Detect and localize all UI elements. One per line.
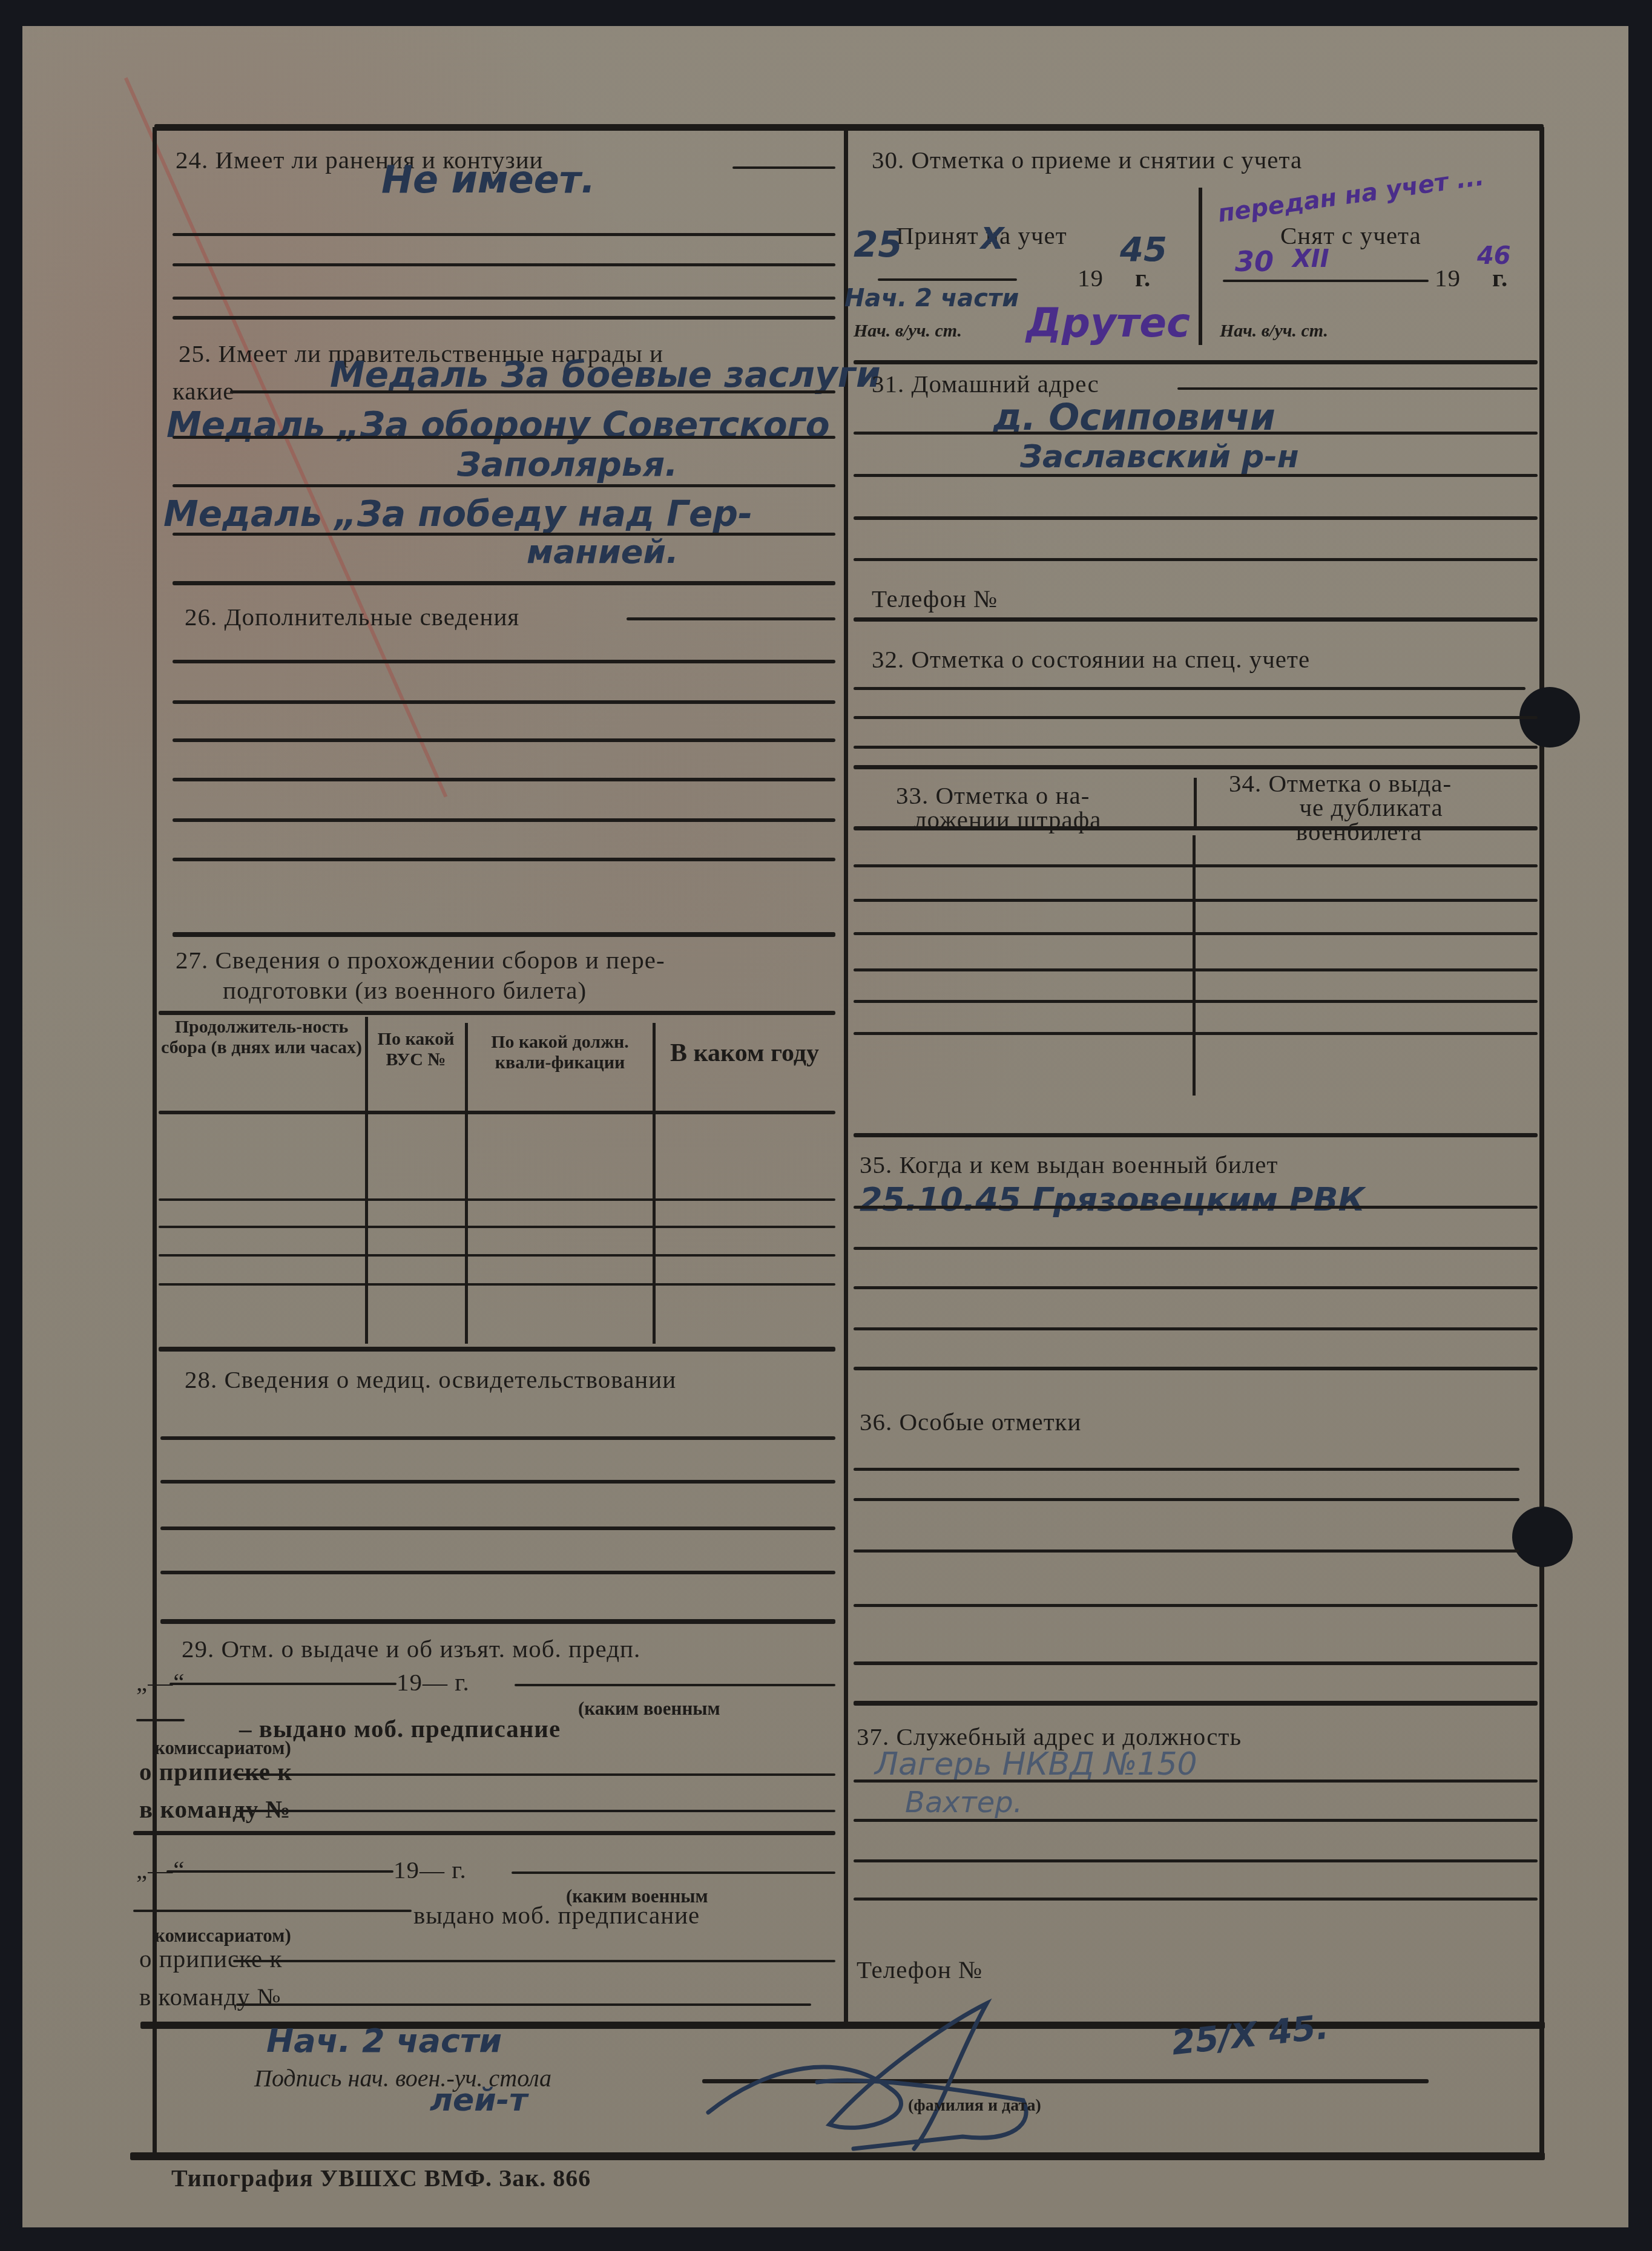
rule bbox=[230, 390, 835, 393]
commissariat-hint-2: комиссариатом) bbox=[154, 1925, 291, 1947]
table-divider bbox=[653, 1023, 656, 1344]
table-header-duration: Продолжитель-ность сбора (в днях или час… bbox=[159, 1017, 364, 1058]
rule bbox=[854, 360, 1538, 364]
rule bbox=[236, 1810, 835, 1812]
rule bbox=[854, 687, 1525, 690]
table-header-qualification: По какой должн. квали-фикации bbox=[469, 1032, 651, 1073]
rule bbox=[173, 778, 835, 781]
date-line bbox=[878, 278, 1017, 281]
rule bbox=[173, 263, 835, 266]
rule bbox=[854, 1000, 1538, 1003]
assigned-label-2: о приписке к bbox=[139, 1944, 282, 1973]
section-28-label: 28. Сведения о медиц. освидетельствовани… bbox=[185, 1365, 676, 1394]
rule bbox=[854, 1604, 1538, 1607]
military-id-issued: 25.10.45 Грязовецким РВК bbox=[860, 1180, 1365, 1218]
accepted-chief-label: Нач. в/уч. ст. bbox=[854, 321, 962, 341]
rule bbox=[854, 1859, 1538, 1862]
home-phone-label: Телефон № bbox=[872, 584, 998, 613]
rule bbox=[173, 818, 835, 822]
section-35-label: 35. Когда и кем выдан военный билет bbox=[860, 1150, 1278, 1179]
table-row bbox=[159, 1226, 835, 1228]
award-2: Медаль „За оборону Советского bbox=[166, 404, 830, 445]
rule bbox=[854, 1498, 1519, 1501]
rule bbox=[854, 1206, 1538, 1209]
chief-stamp-left: Нач. 2 части bbox=[844, 284, 1019, 312]
date-quote-2: „—“ bbox=[136, 1855, 185, 1884]
section-30-divider bbox=[1199, 188, 1202, 345]
rule bbox=[233, 1773, 835, 1776]
rule bbox=[854, 932, 1538, 935]
rule bbox=[854, 826, 1538, 830]
section-30-label: 30. Отметка о приеме и снятии с учета bbox=[872, 145, 1302, 174]
rule bbox=[854, 1549, 1519, 1553]
rule bbox=[173, 484, 835, 487]
table-row bbox=[159, 1283, 835, 1286]
rule bbox=[233, 1960, 835, 1962]
section-32-label: 32. Отметка о состоянии на спец. учете bbox=[872, 645, 1310, 674]
rule bbox=[854, 1779, 1538, 1783]
assigned-label-1: о приписке к bbox=[139, 1757, 292, 1786]
accepted-signature: Друтес bbox=[1026, 300, 1190, 346]
section-29-label: 29. Отм. о выдаче и об изъят. моб. предп… bbox=[182, 1634, 640, 1663]
year-field-1: 19— г. bbox=[397, 1668, 470, 1697]
date-line bbox=[1223, 280, 1429, 282]
rule bbox=[854, 1701, 1538, 1706]
rule bbox=[854, 1247, 1538, 1250]
rule bbox=[160, 1436, 835, 1440]
rule bbox=[160, 1526, 835, 1530]
rule bbox=[173, 700, 835, 704]
rule bbox=[854, 864, 1538, 867]
rule bbox=[854, 716, 1538, 719]
rule bbox=[854, 1367, 1538, 1370]
table-divider bbox=[365, 1017, 368, 1344]
section-26-label: 26. Дополнительные сведения bbox=[185, 602, 519, 631]
table-row bbox=[159, 1254, 835, 1257]
rule bbox=[854, 1661, 1538, 1665]
date-line bbox=[169, 1683, 397, 1685]
rule bbox=[159, 1011, 835, 1015]
accepted-year-prefix: 19 bbox=[1078, 263, 1104, 292]
rule bbox=[173, 297, 835, 300]
rule bbox=[854, 1286, 1538, 1289]
year-field-2: 19— г. bbox=[393, 1855, 467, 1884]
signature-scribble bbox=[696, 1985, 1120, 2161]
section-27-label-cont: подготовки (из военного билета) bbox=[223, 976, 587, 1005]
section-34-label-cont2: военбилета bbox=[1229, 817, 1489, 846]
section-24-answer: Не имеет. bbox=[381, 157, 595, 202]
section-31-label: 31. Домашний адрес bbox=[872, 369, 1099, 398]
rule bbox=[160, 1480, 835, 1484]
rule bbox=[133, 1831, 835, 1835]
table-header-year: В каком году bbox=[660, 1038, 829, 1068]
left-border bbox=[153, 127, 157, 2155]
printer-imprint: Типография УВШХС ВМФ. Зак. 866 bbox=[171, 2164, 591, 2192]
rule bbox=[173, 533, 835, 536]
by-whom-hint-1: (каким военным bbox=[578, 1698, 720, 1720]
award-1: Медаль За боевые заслуги bbox=[330, 354, 881, 395]
removed-month: XII bbox=[1292, 245, 1329, 273]
table-divider bbox=[465, 1023, 468, 1344]
rule bbox=[854, 432, 1538, 435]
rule bbox=[160, 1571, 835, 1574]
work-address: Лагерь НКВД №150 bbox=[875, 1746, 1197, 1783]
center-divider bbox=[844, 127, 848, 2025]
signature-note-bottom: лей-т bbox=[430, 2082, 528, 2118]
rule bbox=[1177, 387, 1538, 390]
rule bbox=[160, 1619, 835, 1624]
right-border bbox=[1539, 127, 1544, 2155]
section-36-label: 36. Особые отметки bbox=[860, 1407, 1081, 1436]
accepted-month: X bbox=[981, 221, 1004, 256]
table-header-vus: По какой ВУС № bbox=[370, 1029, 461, 1070]
rule bbox=[732, 166, 835, 169]
work-phone-label: Телефон № bbox=[857, 1955, 982, 1984]
rule bbox=[854, 1468, 1519, 1471]
rule bbox=[133, 1910, 412, 1912]
rule bbox=[854, 558, 1538, 561]
removed-chief-label: Нач. в/уч. ст. bbox=[1220, 321, 1328, 341]
accepted-day: 25 bbox=[854, 224, 903, 265]
rule bbox=[173, 581, 835, 585]
rule bbox=[515, 1684, 835, 1686]
rule bbox=[173, 316, 835, 320]
section-27-label: 27. Сведения о прохождении сборов и пере… bbox=[176, 945, 665, 974]
rule bbox=[173, 233, 835, 236]
issued-text-2: выдано моб. предписание bbox=[413, 1901, 700, 1930]
rule bbox=[136, 1719, 185, 1721]
rule bbox=[854, 899, 1538, 902]
rule bbox=[173, 738, 835, 742]
accepted-year-g: г. bbox=[1135, 263, 1151, 292]
team-label-1: в команду № bbox=[139, 1795, 291, 1824]
job-title: Вахтер. bbox=[905, 1786, 1022, 1819]
rule bbox=[173, 932, 835, 937]
rule bbox=[854, 1898, 1538, 1901]
table-row bbox=[159, 1198, 835, 1201]
rule bbox=[854, 968, 1538, 971]
signature-caption: (фамилия и дата) bbox=[908, 2096, 1041, 2115]
rule bbox=[173, 858, 835, 861]
address-line-2: Заславский р-н bbox=[1020, 439, 1299, 475]
rule bbox=[854, 1032, 1538, 1035]
date-quote-1: „—“ bbox=[136, 1668, 185, 1697]
rule bbox=[173, 660, 835, 663]
rule bbox=[854, 1819, 1538, 1822]
rule bbox=[512, 1871, 835, 1874]
award-2-cont: Заполярья. bbox=[457, 445, 677, 484]
rule bbox=[854, 1327, 1538, 1330]
rule bbox=[854, 617, 1538, 622]
punch-hole-bottom bbox=[1512, 1507, 1573, 1567]
removed-day: 30 bbox=[1235, 245, 1274, 278]
award-3-cont: манией. bbox=[527, 533, 679, 571]
section-33-34-divider bbox=[1194, 778, 1197, 829]
commissariat-hint-1: комиссариатом) bbox=[154, 1737, 291, 1759]
rule bbox=[173, 436, 835, 439]
rule bbox=[854, 746, 1538, 749]
rule bbox=[159, 1111, 835, 1114]
rule bbox=[854, 516, 1538, 520]
top-border bbox=[154, 124, 1544, 131]
rule bbox=[854, 1133, 1538, 1137]
team-label-2: в команду № bbox=[139, 1982, 281, 2011]
rule bbox=[854, 474, 1538, 477]
removed-year-g: г. bbox=[1492, 263, 1508, 292]
rule bbox=[159, 1347, 835, 1352]
section-25-label-cont: какие bbox=[173, 376, 235, 406]
signature-note-top: Нач. 2 части bbox=[266, 2022, 502, 2060]
rule bbox=[627, 617, 835, 620]
removed-year-prefix: 19 bbox=[1435, 263, 1461, 292]
award-3: Медаль „За победу над Гер- bbox=[163, 493, 752, 534]
section-33-34-divider bbox=[1193, 835, 1196, 1096]
date-line bbox=[166, 1870, 393, 1873]
